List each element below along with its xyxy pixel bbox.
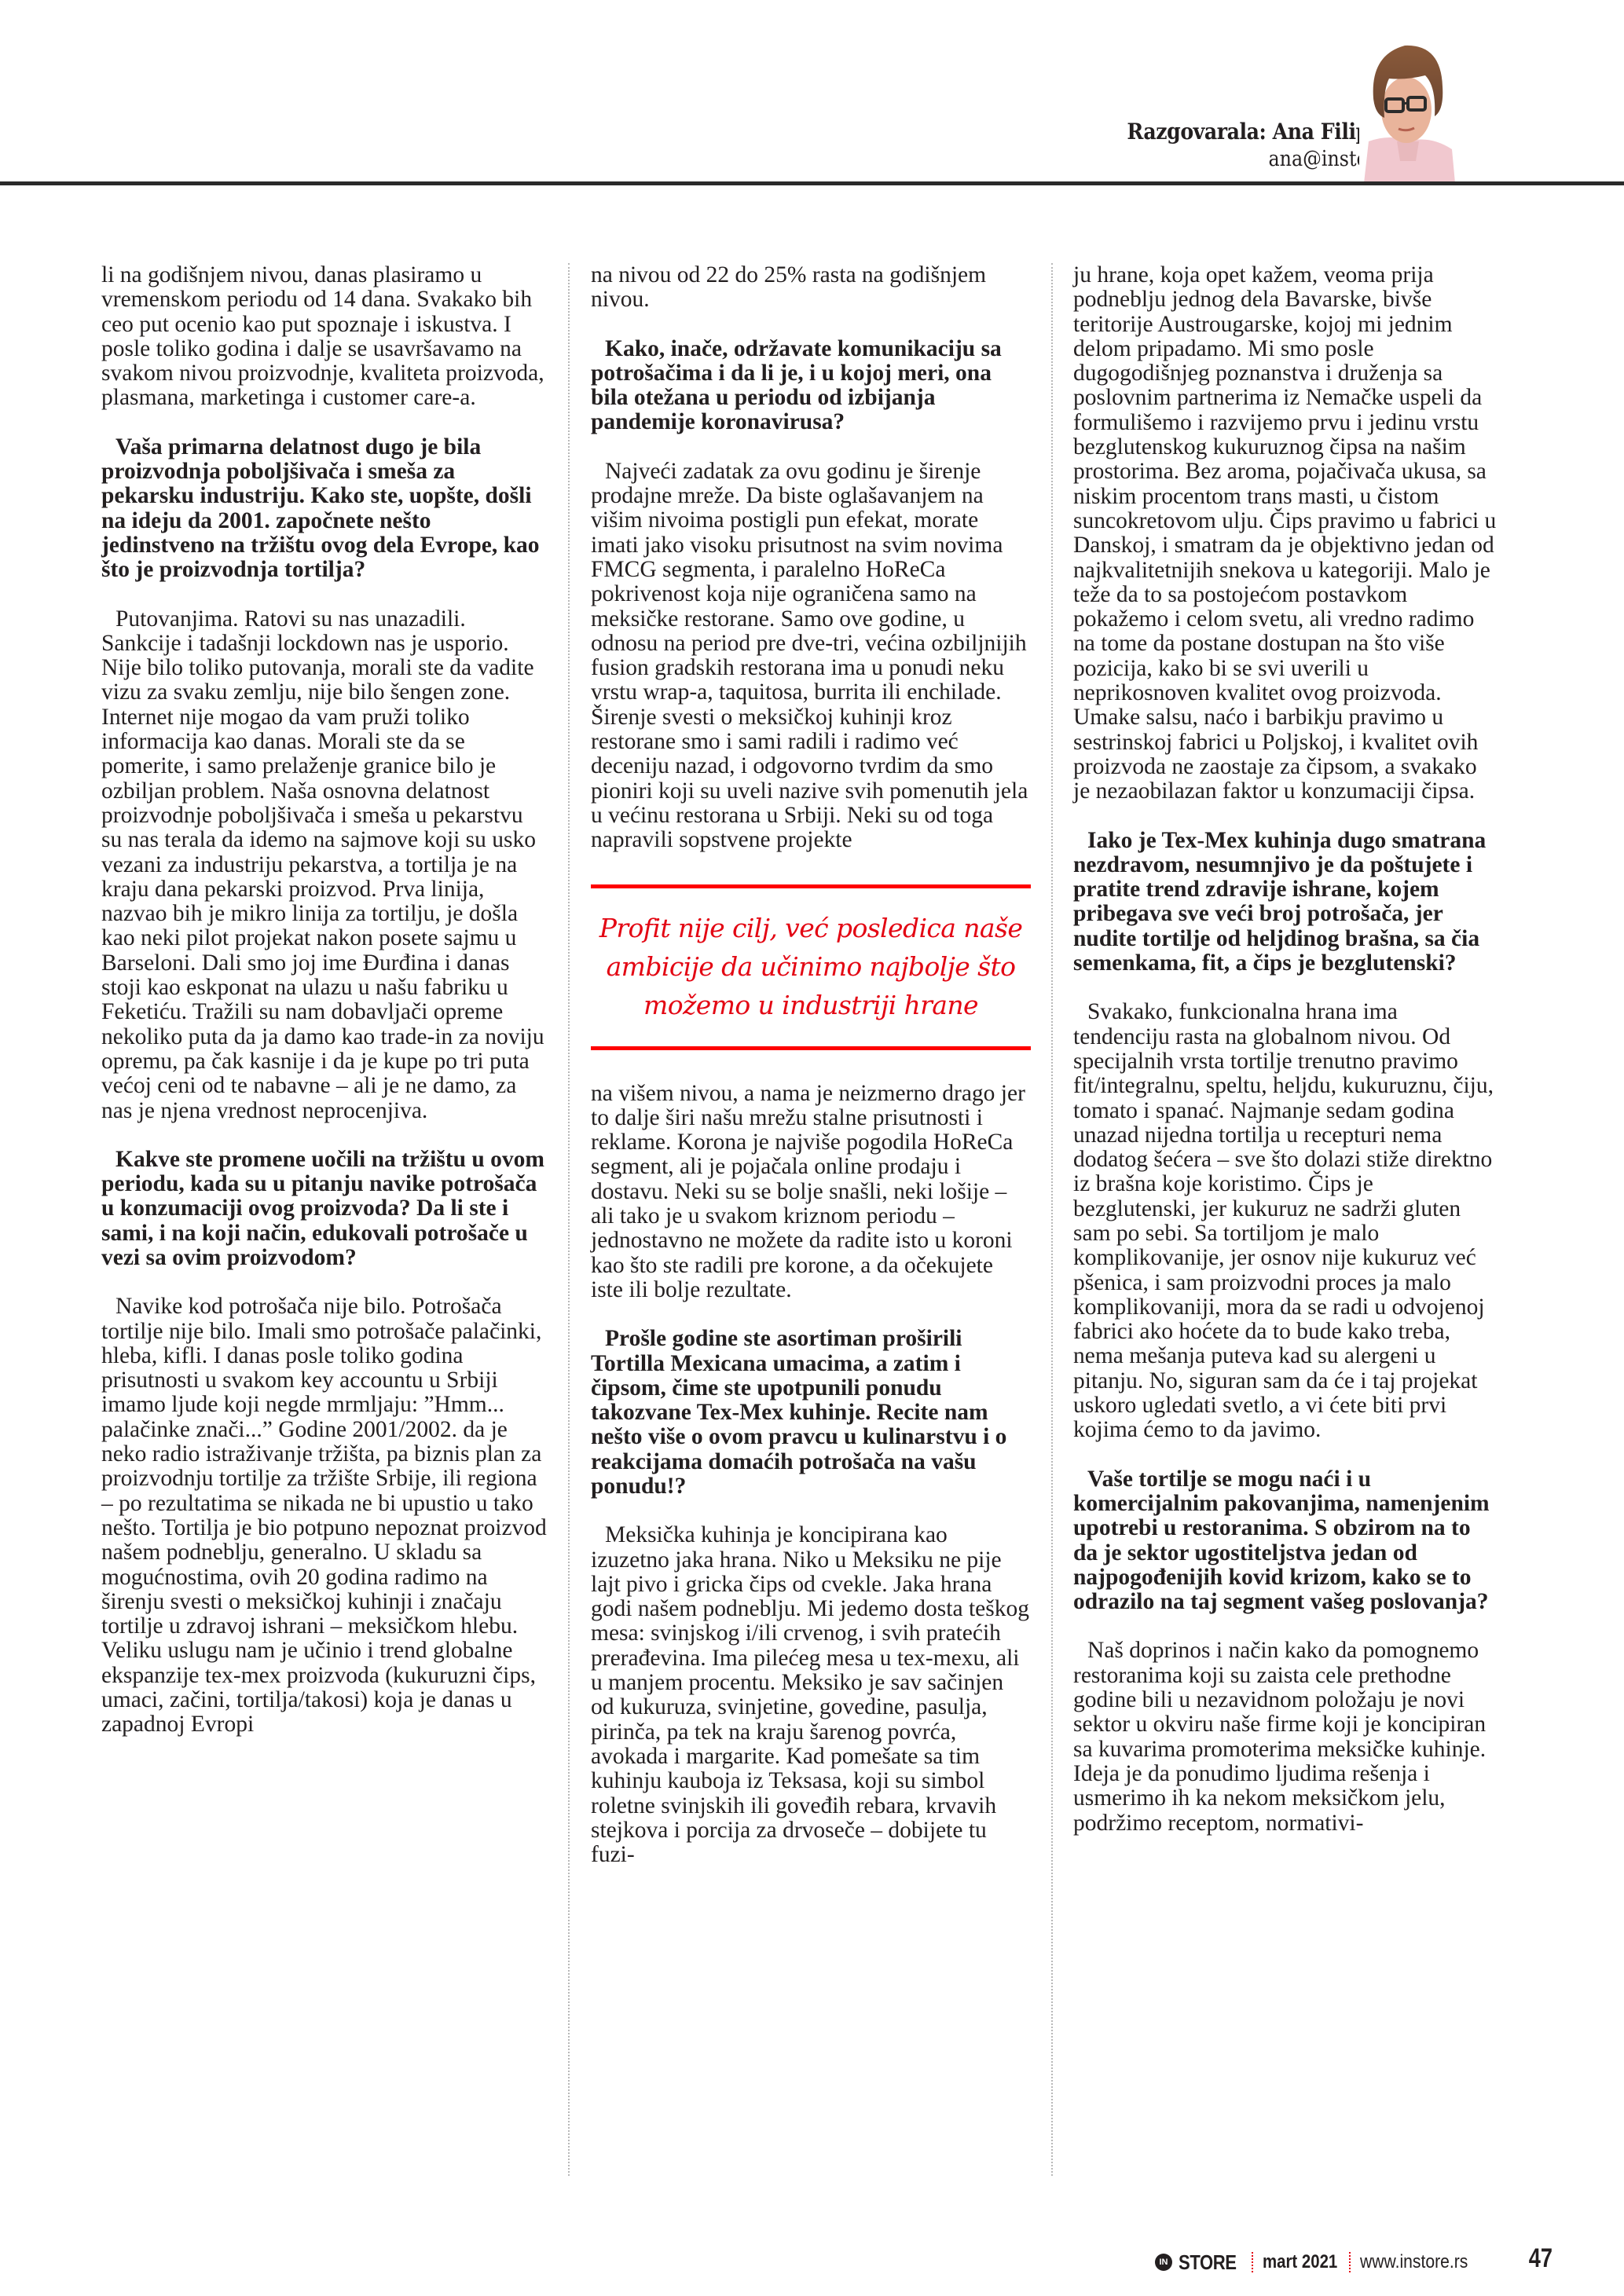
answer-paragraph: na nivou od 22 do 25% rasta na godišnjem… bbox=[591, 263, 1031, 313]
interview-question: Vaša primarna delatnost dugo je bila pro… bbox=[101, 435, 548, 583]
footer-separator bbox=[1349, 2252, 1351, 2272]
article-column-middle: na nivou od 22 do 25% rasta na godišnjem… bbox=[591, 263, 1031, 1891]
page-footer: IN STORE mart 2021 www.instore.rs bbox=[1155, 2247, 1483, 2278]
page-header: Razgovarala: Ana Filipović ana@instore.r… bbox=[0, 0, 1624, 185]
website-link[interactable]: www.instore.rs bbox=[1360, 2251, 1468, 2273]
issue-date: mart 2021 bbox=[1263, 2251, 1337, 2273]
pull-quote-bottom-rule bbox=[591, 1046, 1031, 1050]
pull-quote: Profit nije cilj, već posledica naše amb… bbox=[591, 884, 1031, 1050]
answer-paragraph: na višem nivou, a nama je neizmerno drag… bbox=[591, 1082, 1031, 1303]
author-portrait bbox=[1359, 24, 1457, 183]
column-divider bbox=[1051, 263, 1053, 2176]
answer-paragraph: Meksička kuhinja je koncipirana kao izuz… bbox=[591, 1523, 1031, 1867]
answer-paragraph: Navike kod potrošača nije bilo. Potrošač… bbox=[101, 1294, 548, 1737]
answer-paragraph: Svakako, funkcionalna hrana ima tendenci… bbox=[1073, 1000, 1498, 1442]
page-number: 47 bbox=[1529, 2243, 1553, 2274]
article-column-right: ju hrane, koja opet kažem, veoma prija p… bbox=[1073, 263, 1498, 1860]
answer-paragraph: Naš doprinos i način kako da pomognemo r… bbox=[1073, 1639, 1498, 1835]
article-column-left: li na godišnjem nivou, danas plasiramo u… bbox=[101, 263, 548, 1762]
answer-paragraph: ju hrane, koja opet kažem, veoma prija p… bbox=[1073, 263, 1498, 804]
pull-quote-text: Profit nije cilj, već posledica naše amb… bbox=[591, 888, 1031, 1046]
interview-question: Kako, inače, održavate komunikaciju sa p… bbox=[591, 337, 1031, 435]
answer-paragraph: Putovanjima. Ratovi su nas unazadili. Sa… bbox=[101, 607, 548, 1123]
interview-question: Prošle godine ste asortiman proširili To… bbox=[591, 1327, 1031, 1499]
footer-separator bbox=[1252, 2252, 1253, 2272]
interview-question: Vaše tortilje se mogu naći i u komercija… bbox=[1073, 1467, 1498, 1615]
answer-paragraph: li na godišnjem nivou, danas plasiramo u… bbox=[101, 263, 548, 411]
publication-logo: STORE bbox=[1179, 2250, 1237, 2275]
answer-paragraph: Najveći zadatak za ovu godinu je širenje… bbox=[591, 460, 1031, 853]
instore-logo-icon: IN bbox=[1155, 2254, 1172, 2271]
column-divider bbox=[568, 263, 570, 2176]
interview-question: Kakve ste promene uočili na tržištu u ov… bbox=[101, 1148, 548, 1270]
interview-question: Iako je Tex-Mex kuhinja dugo smatrana ne… bbox=[1073, 829, 1498, 976]
portrait-image-icon bbox=[1359, 24, 1457, 183]
header-divider bbox=[0, 181, 1624, 185]
